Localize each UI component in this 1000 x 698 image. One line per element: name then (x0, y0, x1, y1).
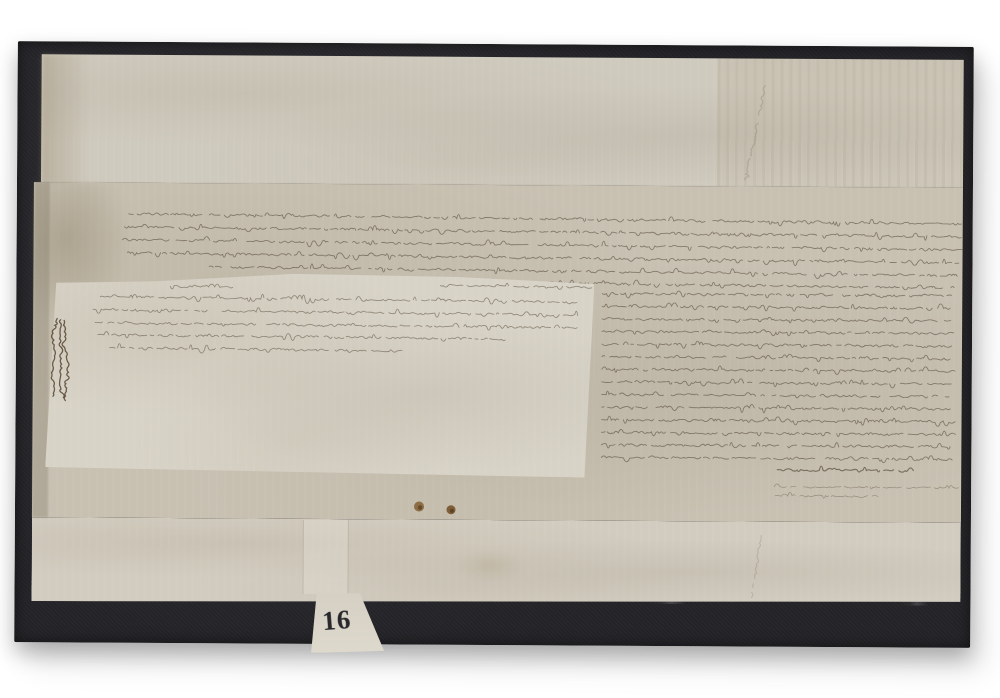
parchment-top-flap (41, 54, 964, 188)
hanging-number-tab: 16 (296, 593, 384, 654)
number-tab-strip (302, 520, 348, 594)
mount-board: 16 (14, 41, 974, 648)
document-number-label: 16 (321, 606, 352, 635)
parchment-bottom-fold (31, 517, 960, 607)
parchment-overlay-document (45, 268, 594, 477)
photograph-of-manuscript: 16 (0, 0, 1000, 698)
